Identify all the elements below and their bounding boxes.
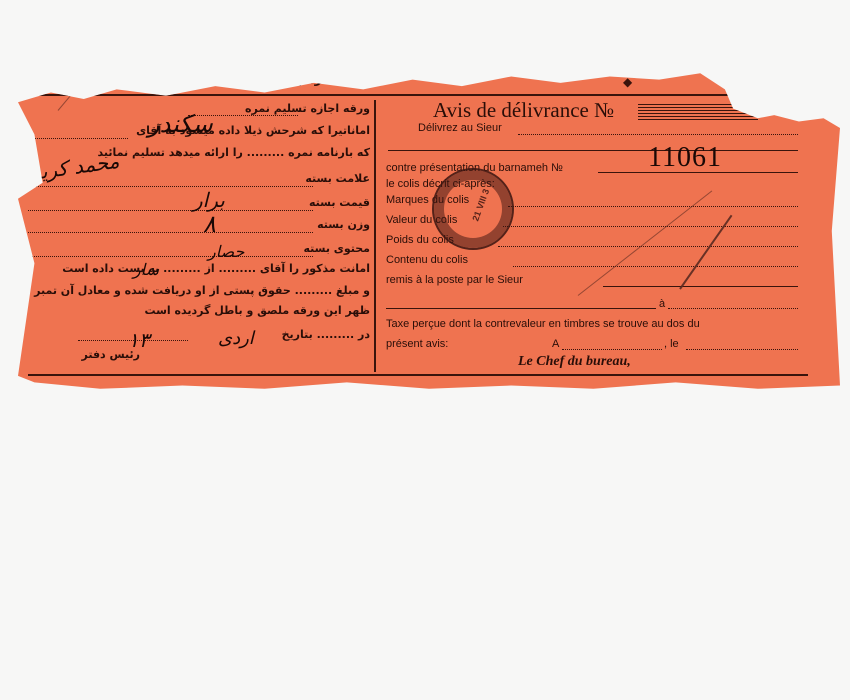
date-label: , le xyxy=(664,338,679,350)
dotted-line xyxy=(518,134,798,135)
left-line-5: قیمت بسته xyxy=(309,196,370,209)
dotted-line xyxy=(562,349,662,350)
handwriting-name: سکندر xyxy=(148,110,213,138)
postmark-stamp: 21 VIII 3 xyxy=(432,168,514,250)
place-label: A xyxy=(552,338,559,350)
field-contenu: Contenu du colis xyxy=(386,254,468,266)
rule-line xyxy=(603,286,798,287)
dotted-line xyxy=(686,349,798,350)
left-line-6: وزن بسته xyxy=(317,218,370,231)
dotted-line xyxy=(28,186,313,187)
handwriting-7: ۱۳ xyxy=(128,328,149,352)
dotted-line xyxy=(28,232,313,233)
dotted-line xyxy=(28,210,313,211)
left-line-8: امانت مذکور را آقای ......... از .......… xyxy=(62,262,370,275)
handwriting-3: برار xyxy=(193,188,225,212)
left-line-1: ورقه اجازه تسلیم نمره xyxy=(245,102,370,115)
stamp-date: 21 VIII 3 xyxy=(470,188,491,223)
remis-label: remis à la poste par le Sieur xyxy=(386,274,523,286)
handwriting-8: اردی xyxy=(218,328,254,349)
deliver-label: Délivrez au Sieur xyxy=(418,122,502,134)
left-line-7: محتوی بسته xyxy=(303,242,370,255)
left-line-9: و مبلغ ......... حقوق پستی از او دریافت … xyxy=(18,284,370,297)
pen-stroke xyxy=(58,57,104,111)
left-line-10: ظهر این ورقه ملصق و باطل گردیده است xyxy=(144,304,370,317)
ornament-right-icon: ◆ xyxy=(623,75,632,89)
footer-rule xyxy=(28,374,808,376)
panel-divider xyxy=(374,100,376,372)
dotted-line xyxy=(28,138,128,139)
dotted-line xyxy=(508,206,798,207)
present-label: présent avis: xyxy=(386,338,448,350)
left-line-3: که بارنامه نمره ......... را ارائه میدهد… xyxy=(98,146,370,159)
dotted-line xyxy=(503,226,798,227)
left-line-11: در ......... بتاریخ xyxy=(282,328,370,341)
ornament-left-icon: ◆ xyxy=(123,75,132,89)
handwriting-6: سار xyxy=(133,260,159,279)
rule-line xyxy=(388,150,798,151)
a-label: à xyxy=(659,298,665,310)
rule-line xyxy=(598,172,798,173)
handwriting-2: محمد کریم xyxy=(27,149,121,185)
dotted-line xyxy=(28,256,313,257)
barnameh-number: 11061 xyxy=(648,142,722,174)
handwriting-5: حصار xyxy=(208,242,244,261)
dotted-line xyxy=(498,246,798,247)
form-title: Avis de délivrance № xyxy=(433,98,614,123)
persian-header: اداره پست ایران xyxy=(233,72,338,87)
handwriting-4: ۸ xyxy=(203,210,216,238)
taxe-text: Taxe perçue dont la contrevaleur en timb… xyxy=(386,318,700,330)
signature-label: Le Chef du bureau, xyxy=(518,354,631,370)
left-line-4: علامت بسته xyxy=(305,172,370,185)
dotted-line xyxy=(513,266,798,267)
struck-number-box xyxy=(638,104,758,122)
dotted-line xyxy=(668,308,798,309)
delivery-notice-slip: ◆ اداره پست ایران ◆ ورقه اجازه تسلیم نمر… xyxy=(18,70,840,392)
rule-line xyxy=(386,308,656,309)
header-rule xyxy=(28,94,808,96)
